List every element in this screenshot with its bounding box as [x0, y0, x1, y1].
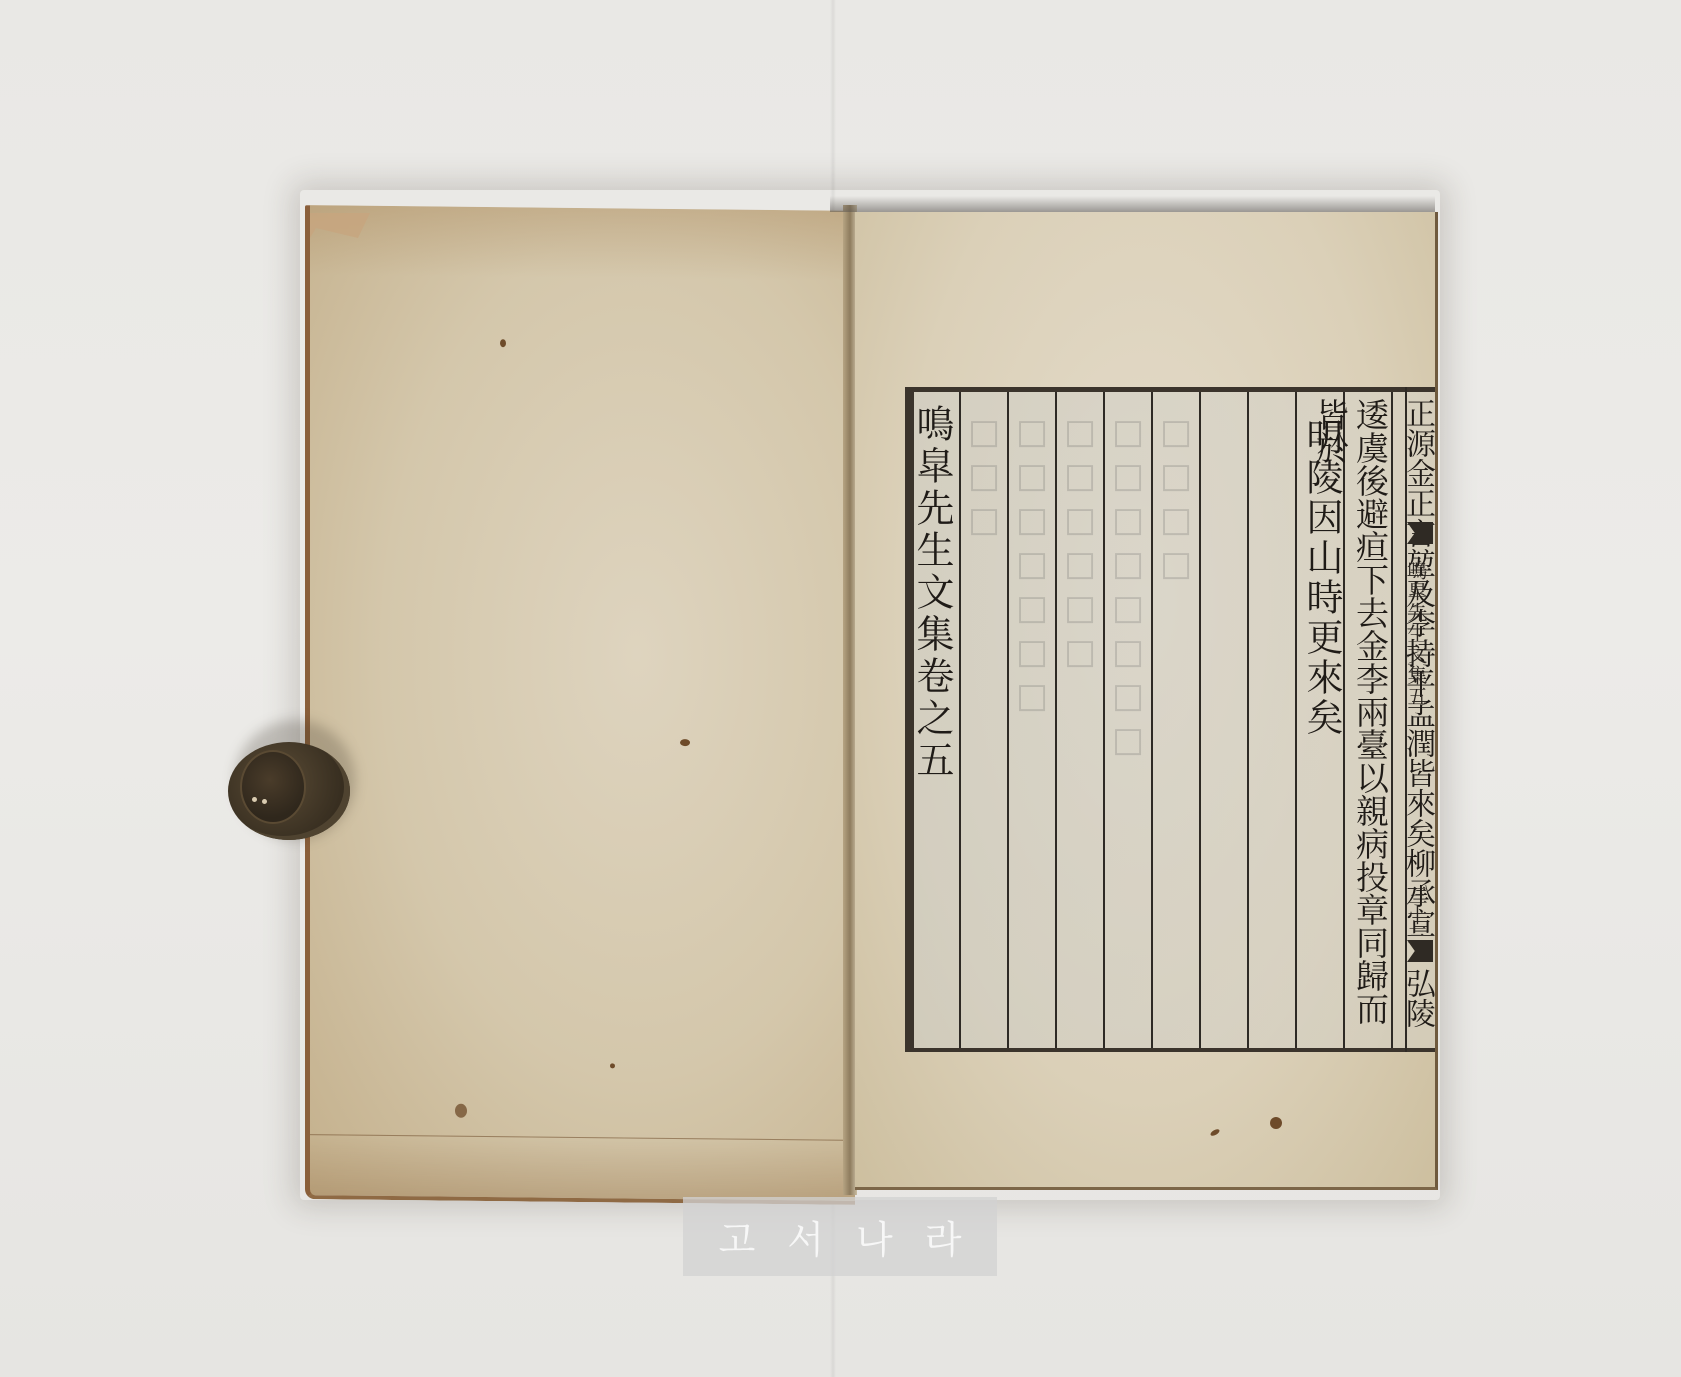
- column-rule: [1247, 392, 1249, 1048]
- column-rule: [1103, 392, 1105, 1048]
- text-column-2: 逶虞後避疸下去金李兩臺以親病投章同歸而皆於: [1348, 398, 1390, 1048]
- show-through-column: □□□□: [1156, 412, 1196, 588]
- stain-spot: [1209, 1128, 1220, 1137]
- weight-highlight: [262, 799, 267, 804]
- column-rule: [1199, 392, 1201, 1048]
- stain-spot: [455, 1104, 467, 1118]
- weight-highlight: [252, 797, 257, 802]
- column-rule: [1007, 392, 1009, 1048]
- column-rule: [1391, 392, 1393, 1048]
- stain-spot: [500, 339, 506, 347]
- volume-title: 鳴皐先生文集卷之五: [916, 404, 960, 782]
- stain-spot: [680, 739, 690, 746]
- show-through-column: □□□□□□: [1060, 412, 1100, 676]
- stain-spot: [610, 1063, 615, 1068]
- stain-spot: [1270, 1117, 1282, 1129]
- fold-page-number: 三十三: [1409, 885, 1431, 945]
- column-rule: [959, 392, 961, 1048]
- brass-weight-knob: [240, 750, 306, 824]
- left-page-blank: [305, 205, 855, 1205]
- column-rule: [1295, 392, 1297, 1048]
- column-rule: [1055, 392, 1057, 1048]
- show-through-column: □□□□□□□□: [1108, 412, 1148, 764]
- watermark: 고서나라: [683, 1197, 997, 1276]
- column-rule: [1151, 392, 1153, 1048]
- page-top-shadow: [830, 196, 1435, 212]
- fold-title: 鳴皐先生文集五: [1409, 560, 1431, 707]
- show-through-column: □□□□□□□: [1012, 412, 1052, 720]
- show-through-column: □□□: [964, 412, 1004, 544]
- printed-text-frame: 鳴皐先生文集卷之五 □□□ □□□□□□□ □□□□□□ □□□□□□□□ □□…: [905, 387, 1435, 1052]
